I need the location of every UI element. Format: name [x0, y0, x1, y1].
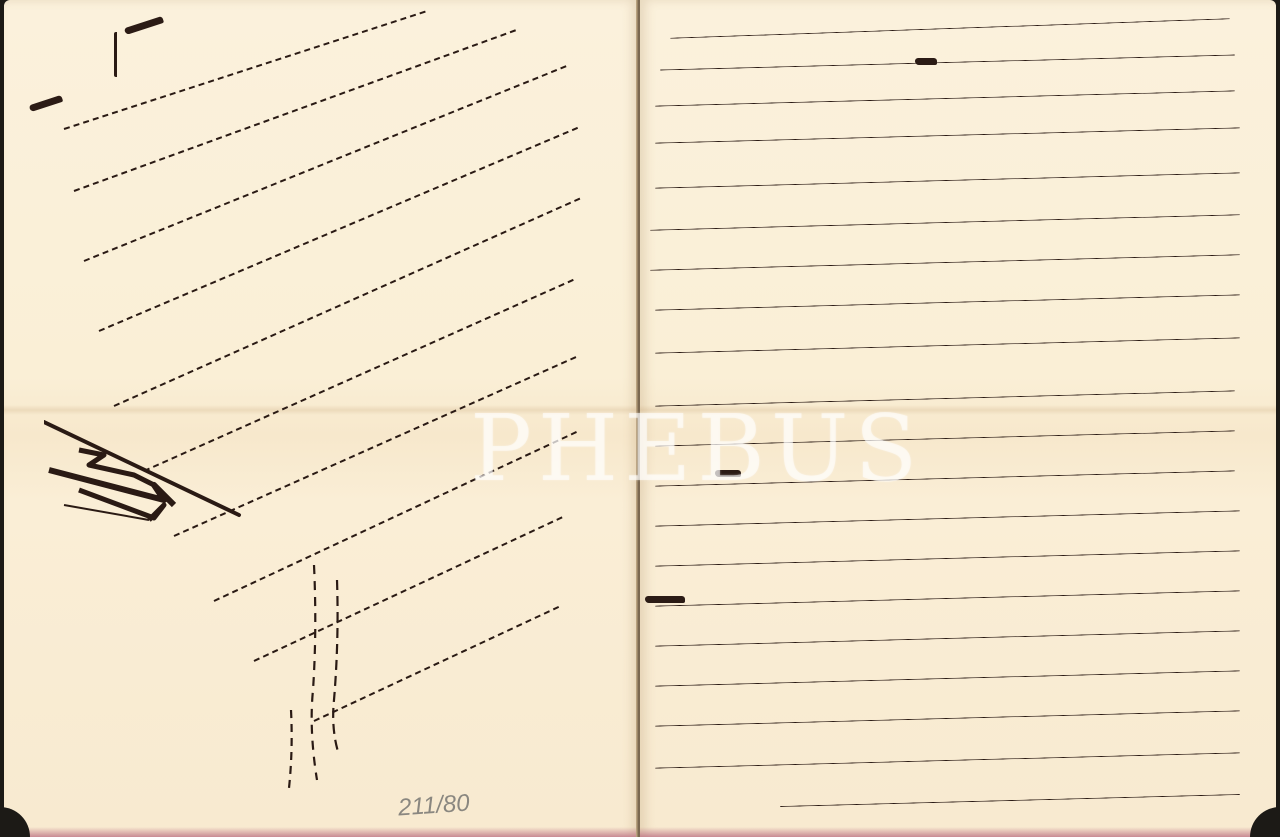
signature-flourish [44, 420, 254, 530]
vertical-marginal-note [279, 560, 349, 790]
horizontal-fold [640, 405, 1276, 415]
bottom-edge-stain [640, 827, 1276, 837]
right-page [640, 0, 1276, 837]
left-page [4, 0, 638, 837]
inventory-number: 211/80 [397, 790, 470, 823]
